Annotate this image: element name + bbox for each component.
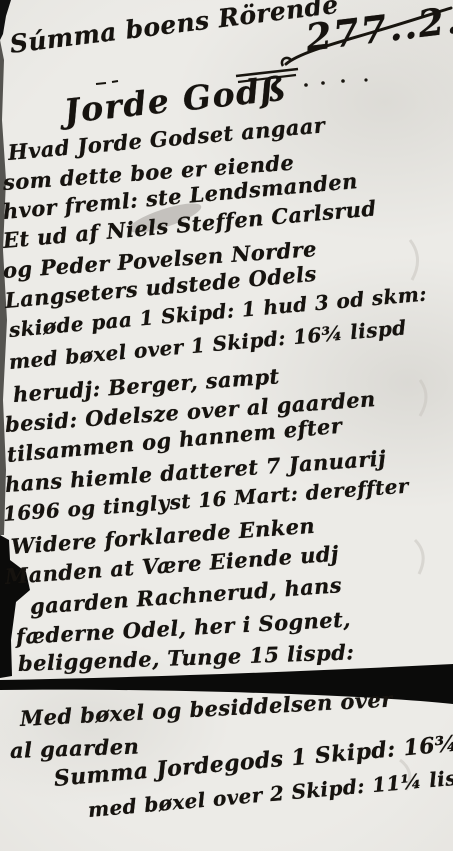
manuscript-line: Med bøxel og besiddelsen over (19, 686, 393, 730)
ink-dot (96, 81, 118, 84)
ink-dot (364, 78, 367, 81)
manuscript-page: Súmma boens Rörende 277..2..2 Jorde Godß… (0, 0, 453, 851)
manuscript-line: al gaarden (10, 733, 140, 762)
flourish-stroke (282, 58, 292, 66)
top-sum-label: Súmma boens Rörende (8, 0, 340, 59)
ink-dot (321, 81, 325, 85)
ink-dot (341, 79, 345, 83)
ink-dot (304, 83, 308, 87)
